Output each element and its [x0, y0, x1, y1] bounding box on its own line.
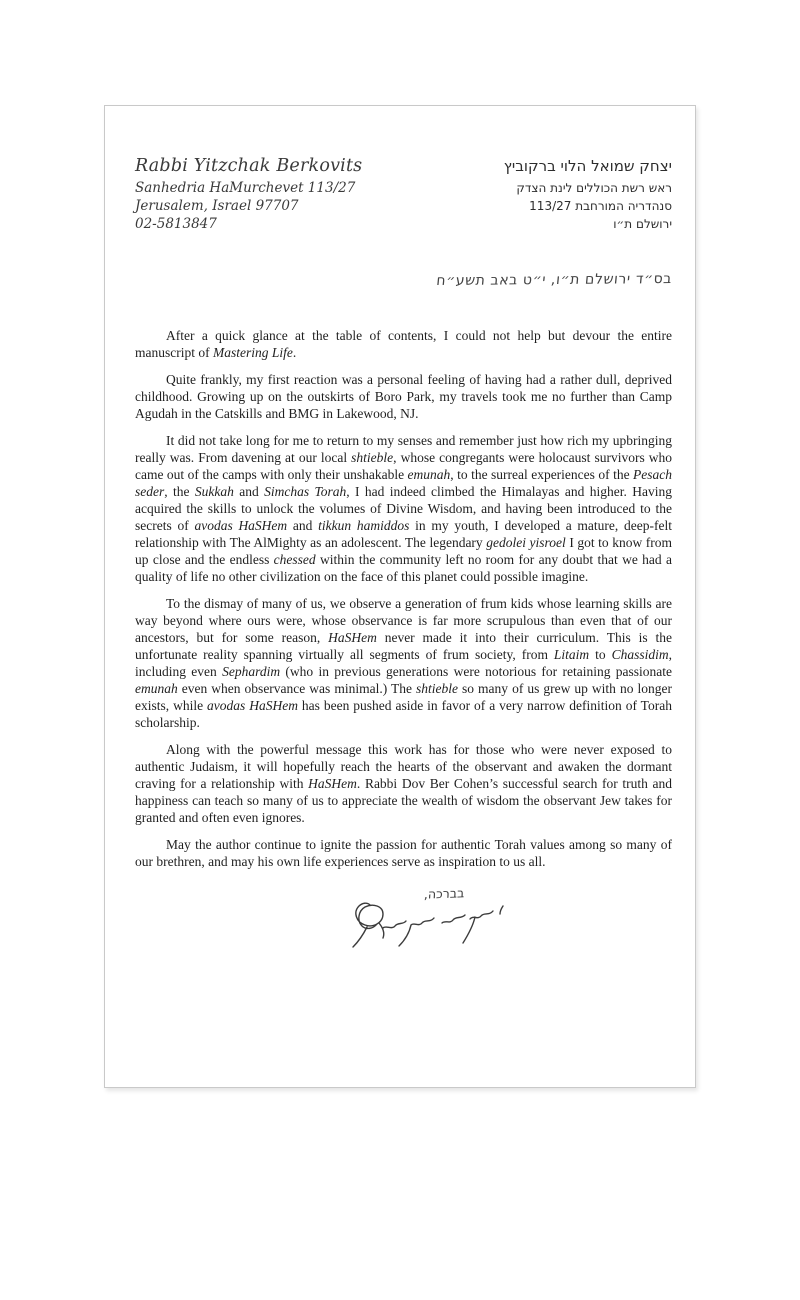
paragraph: To the dismay of many of us, we observe …	[135, 595, 672, 731]
paragraph: May the author continue to ignite the pa…	[135, 836, 672, 870]
italic-term: Sukkah	[195, 484, 234, 499]
text-segment: May the author continue to ignite the pa…	[135, 837, 672, 869]
italic-term: shtieble	[416, 681, 458, 696]
handwritten-date-line: בס״ד ירושלם ת״ו, י״ט באב תשע״ח	[134, 271, 673, 292]
letterhead-hebrew-role: ראש רשת הכוללים לינת הצדק	[504, 179, 672, 197]
italic-term: Mastering Life	[213, 345, 293, 360]
paragraph: Quite frankly, my first reaction was a p…	[135, 371, 672, 422]
letterhead-english-phone: 02-5813847	[135, 215, 362, 233]
italic-term: tikkun hamiddos	[318, 518, 409, 533]
paragraph: After a quick glance at the table of con…	[135, 327, 672, 361]
letterhead-hebrew: יצחק שמואל הלוי ברקוביץ ראש רשת הכוללים …	[504, 155, 672, 233]
signature-block: בברכה,	[135, 886, 672, 961]
italic-term: avodas HaSHem	[207, 698, 298, 713]
italic-term: Sephardim	[222, 664, 280, 679]
italic-term: shtieble	[351, 450, 393, 465]
letterhead-english-address-line2: Jerusalem, Israel 97707	[135, 197, 362, 215]
text-segment: (who in previous generations were notori…	[280, 664, 672, 679]
paragraph: It did not take long for me to return to…	[135, 432, 672, 585]
italic-term: emunah	[408, 467, 451, 482]
italic-term: Chassidim	[612, 647, 669, 662]
italic-term: Litaim	[554, 647, 589, 662]
italic-term: emunah	[135, 681, 178, 696]
letterhead-hebrew-city: ירושלם ת״ו	[504, 215, 672, 233]
italic-term: chessed	[274, 552, 316, 567]
text-segment: and	[287, 518, 318, 533]
italic-term: HaSHem	[328, 630, 377, 645]
signature-scrawl	[315, 893, 515, 948]
italic-term: avodas HaSHem	[194, 518, 287, 533]
text-segment: , the	[164, 484, 195, 499]
text-segment: to	[589, 647, 611, 662]
paragraph: Along with the powerful message this wor…	[135, 741, 672, 826]
text-segment: , to the surreal experiences of the	[450, 467, 633, 482]
screenshot-background: { "letterhead": { "english": { "name": "…	[0, 105, 800, 1300]
text-segment: even when observance was minimal.) The	[178, 681, 416, 696]
letter-body: After a quick glance at the table of con…	[135, 327, 672, 870]
text-segment: and	[234, 484, 264, 499]
text-segment: .	[293, 345, 296, 360]
text-segment: Quite frankly, my first reaction was a p…	[135, 372, 672, 421]
italic-term: gedolei yisroel	[486, 535, 566, 550]
letterhead-hebrew-address: סנהדריה המורחבת 113/27	[504, 197, 672, 215]
letter-page: Rabbi Yitzchak Berkovits Sanhedria HaMur…	[104, 105, 696, 1088]
letterhead: Rabbi Yitzchak Berkovits Sanhedria HaMur…	[135, 155, 672, 233]
italic-term: HaSHem	[308, 776, 357, 791]
letterhead-hebrew-name: יצחק שמואל הלוי ברקוביץ	[504, 155, 672, 177]
letterhead-english-name: Rabbi Yitzchak Berkovits	[135, 155, 362, 177]
letterhead-english: Rabbi Yitzchak Berkovits Sanhedria HaMur…	[135, 155, 362, 233]
italic-term: Simchas Torah	[264, 484, 346, 499]
letterhead-english-address-line1: Sanhedria HaMurchevet 113/27	[135, 179, 362, 197]
